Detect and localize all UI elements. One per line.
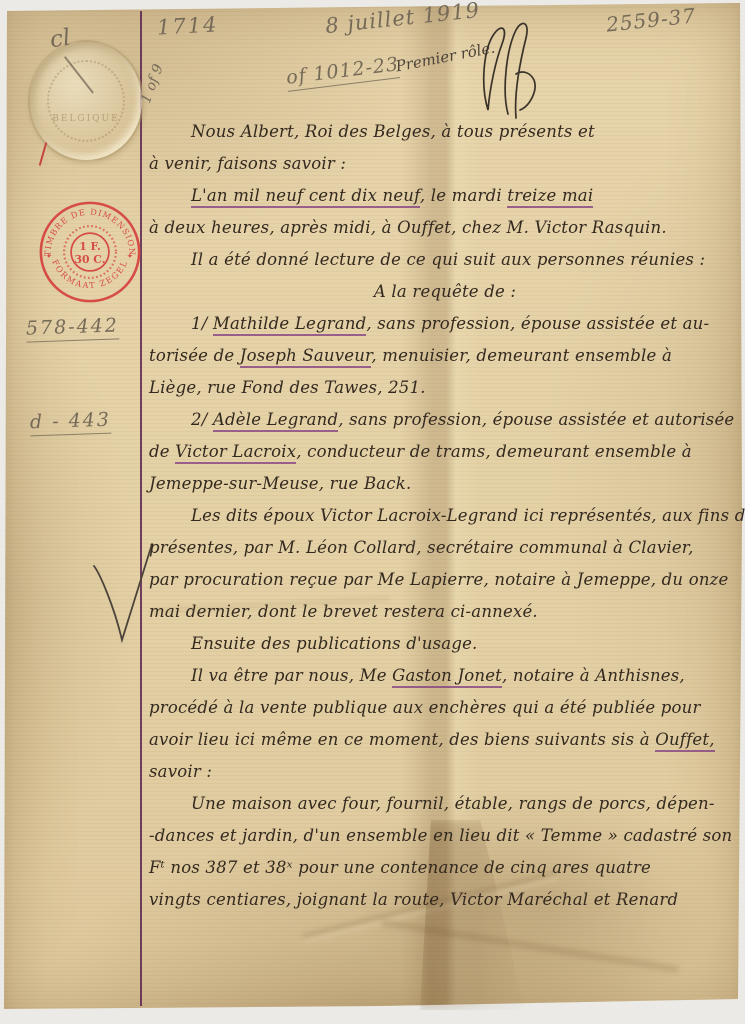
manuscript-line: L'an mil neuf cent dix neuf, le mardi tr… (149, 180, 741, 212)
manuscript-line: par procuration reçue par Me Lapierre, n… (149, 564, 741, 596)
stamp-value-centimes: 30 C. (75, 253, 106, 266)
text-segment: avoir lieu ici même en ce moment, des bi… (149, 730, 655, 749)
manuscript-line: -dances et jardin, d'un ensemble en lieu… (149, 820, 741, 852)
manuscript-line: Ensuite des publications d'usage. (149, 628, 741, 660)
text-segment: à venir, faisons savoir : (149, 154, 346, 173)
manuscript-line: Il va être par nous, Me Gaston Jonet, no… (149, 660, 741, 692)
text-segment: à deux heures, après midi, à Ouffet, che… (149, 218, 667, 237)
stamp-star-left-icon: ✦ (46, 251, 53, 260)
text-segment: mai dernier, dont le brevet restera ci-a… (149, 602, 538, 621)
manuscript-line: à venir, faisons savoir : (149, 148, 741, 180)
seal-faint-text: BELGIQUE (30, 114, 142, 124)
text-segment: Il va être par nous, Me (191, 666, 392, 685)
folio-number: 1714 (156, 12, 219, 39)
manuscript-line: Jemeppe-sur-Meuse, rue Back. (149, 468, 741, 500)
underlined-name-segment: Victor Lacroix (175, 442, 296, 464)
manuscript-line: Nous Albert, Roi des Belges, à tous prés… (149, 116, 741, 148)
manuscript-line: Les dits époux Victor Lacroix-Legrand ic… (149, 500, 741, 532)
manuscript-line: Il a été donné lecture de ce qui suit au… (149, 244, 741, 276)
text-segment: Liège, rue Fond des Tawes, 251. (149, 378, 426, 397)
stamp-star-right-icon: ✦ (127, 251, 134, 260)
text-segment: torisée de (149, 346, 240, 365)
text-segment: Jemeppe-sur-Meuse, rue Back. (149, 474, 411, 493)
margin-reference-1: 578-442 (26, 314, 120, 342)
underlined-name-segment: treize mai (507, 186, 593, 208)
underlined-name-segment: Gaston Jonet (392, 666, 502, 688)
text-segment: -dances et jardin, d'un ensemble en lieu… (149, 826, 732, 845)
manuscript-line: 2/ Adèle Legrand, sans profession, épous… (149, 404, 741, 436)
text-segment: 2/ (191, 410, 213, 429)
corner-clerk-mark: cl (48, 25, 72, 54)
manuscript-line: de Victor Lacroix, conducteur de trams, … (149, 436, 741, 468)
manuscript-line: mai dernier, dont le brevet restera ci-a… (149, 596, 741, 628)
text-segment: Ensuite des publications d'usage. (191, 634, 478, 653)
manuscript-line: Fᵗ nos 387 et 38ˣ pour une contenance de… (149, 852, 741, 884)
manuscript-body: Nous Albert, Roi des Belges, à tous prés… (149, 116, 741, 916)
text-segment: , le mardi (420, 186, 507, 205)
manuscript-line: torisée de Joseph Sauveur, menuisier, de… (149, 340, 741, 372)
text-segment: par procuration reçue par Me Lapierre, n… (149, 570, 729, 589)
stamp-value-francs: 1 F. (79, 240, 101, 253)
underlined-name-segment: Joseph Sauveur (240, 346, 372, 368)
text-segment: Fᵗ nos 387 et 38ˣ pour une contenance de… (149, 858, 651, 877)
seal-inner-ring (47, 60, 125, 142)
margin-reference-2: d - 443 (30, 409, 112, 437)
manuscript-line: avoir lieu ici même en ce moment, des bi… (149, 724, 741, 756)
manuscript-line: A la requête de : (149, 276, 741, 308)
underlined-name-segment: Ouffet, (655, 730, 714, 752)
text-segment: 1/ (191, 314, 213, 333)
underlined-name-segment: L'an mil neuf cent dix neuf (191, 186, 420, 208)
text-segment: , menuisier, demeurant ensemble à (371, 346, 672, 365)
manuscript-line: Une maison avec four, fournil, étable, r… (149, 788, 741, 820)
margin-rule-line (140, 11, 142, 1006)
manuscript-line: savoir : (149, 756, 741, 788)
text-segment: procédé à la vente publique aux enchères… (149, 698, 701, 717)
manuscript-line: Liège, rue Fond des Tawes, 251. (149, 372, 741, 404)
text-segment: Nous Albert, Roi des Belges, à tous prés… (191, 122, 595, 141)
text-segment: Il a été donné lecture de ce qui suit au… (191, 250, 705, 269)
paraph-signature (450, 14, 560, 124)
text-segment: présentes, par M. Léon Collard, secrétai… (149, 538, 694, 557)
underlined-name-segment: Mathilde Legrand (213, 314, 367, 336)
text-segment: de (149, 442, 175, 461)
text-segment: savoir : (149, 762, 212, 781)
text-segment: , sans profession, épouse assistée et au… (366, 314, 709, 333)
text-segment: , sans profession, épouse assistée et au… (338, 410, 734, 429)
manuscript-line: vingts centiares, joignant la route, Vic… (149, 884, 741, 916)
manuscript-line: 1/ Mathilde Legrand, sans profession, ép… (149, 308, 741, 340)
manuscript-line: présentes, par M. Léon Collard, secrétai… (149, 532, 741, 564)
underlined-name-segment: Adèle Legrand (213, 410, 338, 432)
revenue-stamp-icon: TIMBRE DE DIMENSION FORMAAT ZEGEL 1 F. 3… (36, 198, 144, 306)
text-segment: Les dits époux Victor Lacroix-Legrand ic… (191, 506, 745, 525)
text-segment: A la requête de : (374, 282, 516, 301)
text-segment: , conducteur de trams, demeurant ensembl… (296, 442, 692, 461)
text-segment: Une maison avec four, fournil, étable, r… (191, 794, 715, 813)
text-segment: vingts centiares, joignant la route, Vic… (149, 890, 678, 909)
manuscript-line: procédé à la vente publique aux enchères… (149, 692, 741, 724)
manuscript-line: à deux heures, après midi, à Ouffet, che… (149, 212, 741, 244)
text-segment: , notaire à Anthisnes, (502, 666, 685, 685)
